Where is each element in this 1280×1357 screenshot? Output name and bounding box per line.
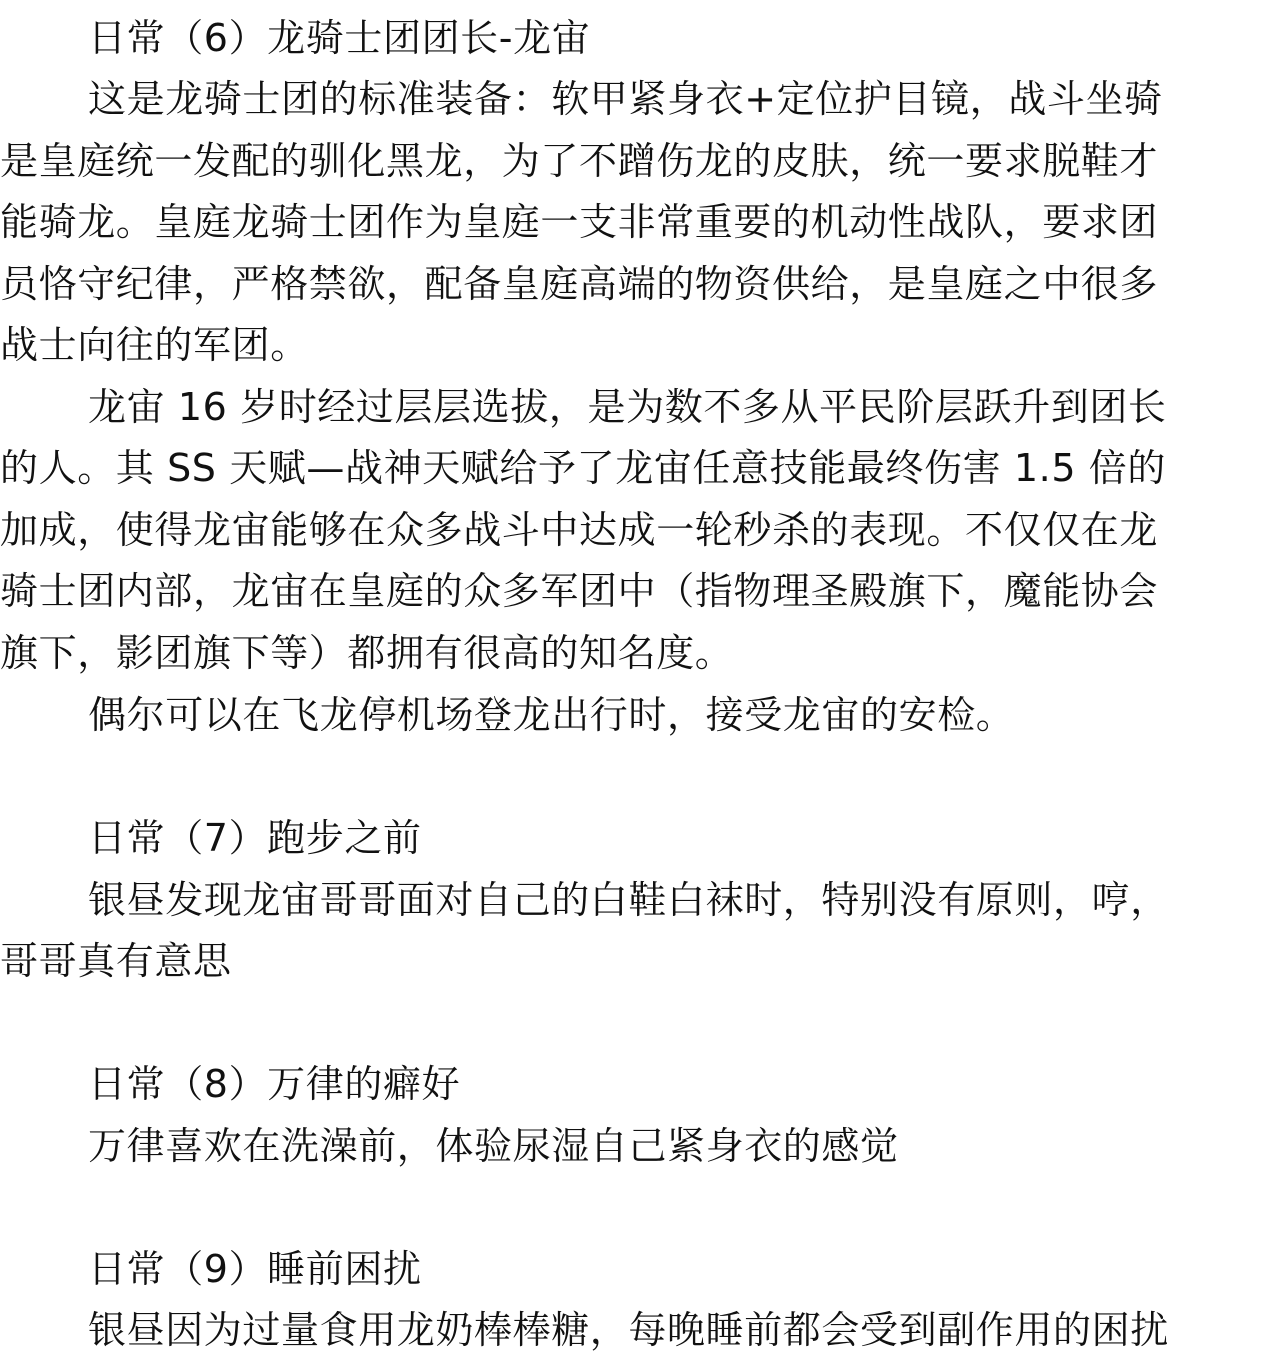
paragraph-line: 是皇庭统一发配的驯化黑龙，为了不蹭伤龙的皮肤，统一要求脱鞋才 xyxy=(0,131,1280,193)
paragraph-line: 加成，使得龙宙能够在众多战斗中达成一轮秒杀的表现。不仅仅在龙 xyxy=(0,500,1280,562)
section-title-7: 日常（7）跑步之前 xyxy=(88,808,1280,870)
document-page: 日常（6）龙骑士团团长-龙宙 这是龙骑士团的标准装备：软甲紧身衣+定位护目镜，战… xyxy=(0,0,1280,1357)
paragraph-line: 旗下，影团旗下等）都拥有很高的知名度。 xyxy=(0,623,1280,685)
section-title-6: 日常（6）龙骑士团团长-龙宙 xyxy=(88,8,1280,70)
paragraph-line: 的人。其 SS 天赋—战神天赋给予了龙宙任意技能最终伤害 1.5 倍的 xyxy=(0,438,1280,500)
paragraph-line: 骑士团内部，龙宙在皇庭的众多军团中（指物理圣殿旗下，魔能协会 xyxy=(0,561,1280,623)
section-title-9: 日常（9）睡前困扰 xyxy=(88,1239,1280,1301)
paragraph-line: 哥哥真有意思 xyxy=(0,931,1280,993)
paragraph-line: 银昼因为过量食用龙奶棒棒糖，每晚睡前都会受到副作用的困扰 xyxy=(88,1300,1280,1357)
paragraph-line: 能骑龙。皇庭龙骑士团作为皇庭一支非常重要的机动性战队，要求团 xyxy=(0,192,1280,254)
paragraph-line: 龙宙 16 岁时经过层层选拔，是为数不多从平民阶层跃升到团长 xyxy=(88,377,1280,439)
section-title-8: 日常（8）万律的癖好 xyxy=(88,1054,1280,1116)
paragraph-line: 偶尔可以在飞龙停机场登龙出行时，接受龙宙的安检。 xyxy=(88,685,1280,747)
paragraph-line: 银昼发现龙宙哥哥面对自己的白鞋白袜时，特别没有原则，哼， xyxy=(88,870,1280,932)
paragraph-line: 万律喜欢在洗澡前，体验尿湿自己紧身衣的感觉 xyxy=(88,1116,1280,1178)
paragraph-line: 员恪守纪律，严格禁欲，配备皇庭高端的物资供给，是皇庭之中很多 xyxy=(0,254,1280,316)
paragraph-line: 战士向往的军团。 xyxy=(0,315,1280,377)
paragraph-line: 这是龙骑士团的标准装备：软甲紧身衣+定位护目镜，战斗坐骑 xyxy=(88,69,1280,131)
